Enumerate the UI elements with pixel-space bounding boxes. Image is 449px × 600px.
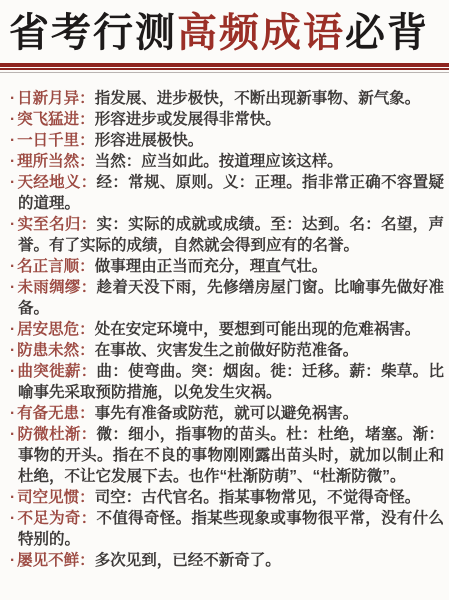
idiom-item: ·居安思危：处在安定环境中，要想到可能出现的危难祸害。 bbox=[10, 319, 444, 340]
idiom-definition: 形容进步或发展得非常快。 bbox=[95, 111, 281, 128]
idiom-item: ·日新月异：指发展、进步极快，不断出现新事物、新气象。 bbox=[10, 88, 444, 109]
title-segment-red: 高频成语 bbox=[177, 10, 345, 55]
idiom-item: ·屡见不鲜：多次见到，已经不新奇了。 bbox=[10, 550, 444, 571]
idiom-term: 居安思危： bbox=[17, 321, 95, 338]
title-segment-black-left: 省考行测 bbox=[9, 10, 177, 55]
idiom-definition: 多次见到，已经不新奇了。 bbox=[95, 552, 281, 569]
idiom-term: 理所当然： bbox=[17, 153, 95, 170]
idiom-term: 防微杜渐： bbox=[17, 426, 96, 443]
idiom-term: 防患未然： bbox=[17, 342, 95, 359]
title-divider bbox=[0, 63, 449, 73]
idiom-item: ·突飞猛进：形容进步或发展得非常快。 bbox=[10, 109, 444, 130]
idiom-term: 一日千里： bbox=[17, 132, 95, 149]
idiom-term: 有备无患： bbox=[17, 405, 95, 422]
idiom-definition: 事先有准备或防范，就可以避免祸害。 bbox=[95, 405, 359, 422]
idiom-definition: 当然：应当如此。按道理应该这样。 bbox=[95, 153, 343, 170]
idiom-term: 不足为奇： bbox=[17, 510, 96, 527]
idiom-definition: 做事理由正当而充分，理直气壮。 bbox=[95, 258, 328, 275]
idiom-item: ·司空见惯：司空：古代官名。指某事物常见，不觉得奇怪。 bbox=[10, 487, 444, 508]
idiom-term: 未雨绸缪： bbox=[17, 279, 96, 296]
idiom-item: ·一日千里：形容进展极快。 bbox=[10, 130, 444, 151]
idiom-item: ·有备无患：事先有准备或防范，就可以避免祸害。 bbox=[10, 403, 444, 424]
idiom-definition: 指发展、进步极快，不断出现新事物、新气象。 bbox=[95, 90, 421, 107]
idiom-item: ·防患未然：在事故、灾害发生之前做好防范准备。 bbox=[10, 340, 444, 361]
idiom-definition: 司空：古代官名。指某事物常见，不觉得奇怪。 bbox=[95, 489, 421, 506]
idiom-definition: 处在安定环境中，要想到可能出现的危难祸害。 bbox=[95, 321, 421, 338]
idiom-term: 司空见惯： bbox=[17, 489, 95, 506]
divider-thick-rule bbox=[0, 63, 449, 67]
idiom-term: 曲突徙薪： bbox=[17, 363, 96, 380]
idiom-term: 突飞猛进： bbox=[17, 111, 95, 128]
idiom-poster: 省考行测高频成语必背 ·日新月异：指发展、进步极快，不断出现新事物、新气象。·突… bbox=[0, 0, 449, 600]
idiom-term: 屡见不鲜： bbox=[17, 552, 95, 569]
divider-gray-rule bbox=[0, 72, 449, 73]
page-title: 省考行测高频成语必背 bbox=[0, 8, 449, 58]
idiom-item: ·名正言顺：做事理由正当而充分，理直气壮。 bbox=[10, 256, 444, 277]
idiom-item: ·曲突徙薪：曲：使弯曲。突：烟囱。徙：迁移。薪：柴草。比喻事先采取预防措施，以免… bbox=[10, 361, 444, 403]
idiom-term: 名正言顺： bbox=[17, 258, 95, 275]
idiom-term: 实至名归： bbox=[17, 216, 96, 233]
idiom-term: 天经地义： bbox=[17, 174, 96, 191]
idiom-item: ·天经地义：经：常规、原则。义：正理。指非常正确不容置疑的道理。 bbox=[10, 172, 444, 214]
idiom-term: 日新月异： bbox=[17, 90, 95, 107]
idiom-definition: 在事故、灾害发生之前做好防范准备。 bbox=[95, 342, 359, 359]
idiom-item: ·防微杜渐：微：细小，指事物的苗头。杜：杜绝，堵塞。渐：事物的开头。指在不良的事… bbox=[10, 424, 444, 487]
idiom-item: ·实至名归：实：实际的成就或成绩。至：达到。名：名望，声誉。有了实际的成绩，自然… bbox=[10, 214, 444, 256]
idiom-list: ·日新月异：指发展、进步极快，不断出现新事物、新气象。·突飞猛进：形容进步或发展… bbox=[0, 88, 449, 571]
divider-thin-rule bbox=[0, 68, 449, 70]
idiom-item: ·理所当然：当然：应当如此。按道理应该这样。 bbox=[10, 151, 444, 172]
idiom-item: ·不足为奇：不值得奇怪。指某些现象或事物很平常，没有什么特别的。 bbox=[10, 508, 444, 550]
title-segment-black-right: 必背 bbox=[345, 10, 429, 55]
idiom-definition: 形容进展极快。 bbox=[95, 132, 204, 149]
idiom-item: ·未雨绸缪：趁着天没下雨，先修缮房屋门窗。比喻事先做好准备。 bbox=[10, 277, 444, 319]
